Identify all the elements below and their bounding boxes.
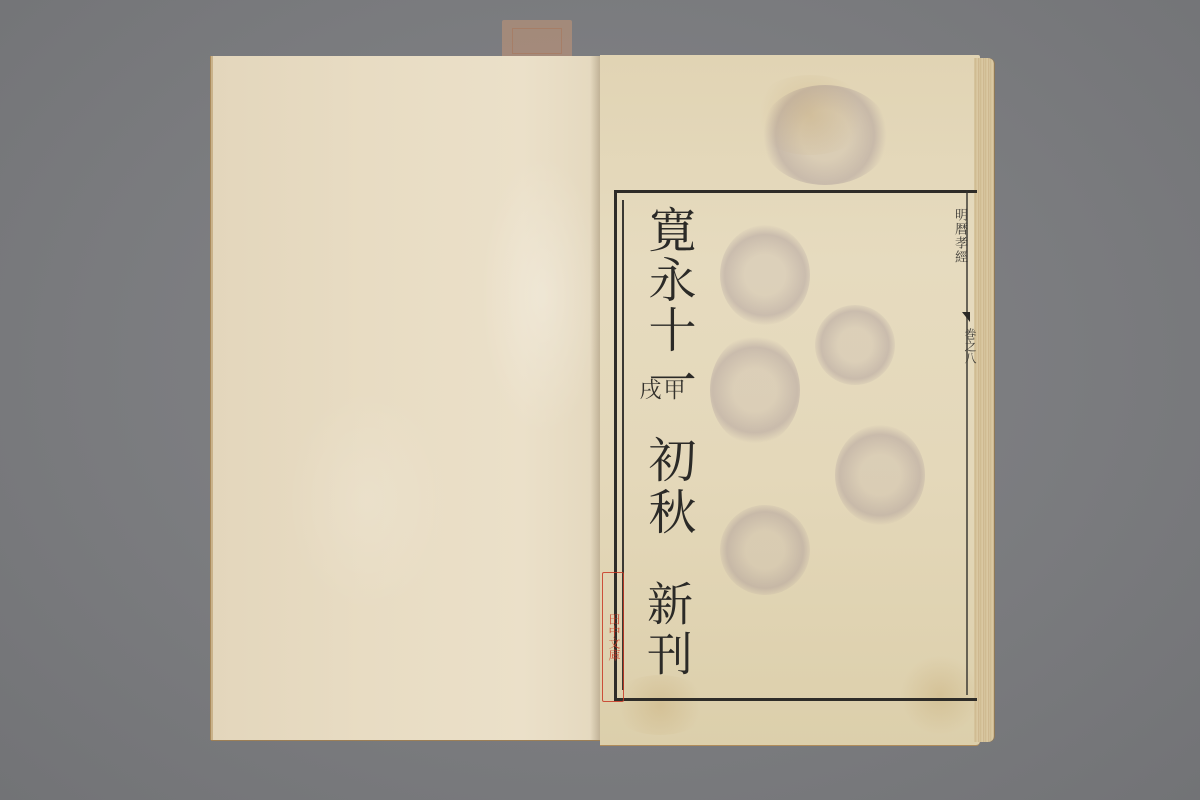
printed-border-right-line: [966, 190, 968, 695]
title-season-text: 初秋: [634, 435, 703, 539]
fish-tail-marker-icon: [962, 312, 970, 322]
title-publish-text: 新刊: [634, 580, 700, 680]
fold-edge-title: 明暦孝經: [950, 208, 969, 264]
left-page-endpaper: [211, 56, 601, 740]
age-spot: [750, 75, 870, 155]
fold-edge-volume: 巻之八: [962, 328, 979, 364]
page-block-fore-edge: [974, 58, 994, 742]
faded-stamp: [512, 28, 562, 54]
title-cyclical-year: 甲 戌: [636, 378, 684, 400]
red-ownership-seal: 田中文庫: [602, 572, 624, 702]
title-small-kinoe: 甲: [660, 378, 684, 400]
title-small-inu: 戌: [636, 378, 660, 400]
